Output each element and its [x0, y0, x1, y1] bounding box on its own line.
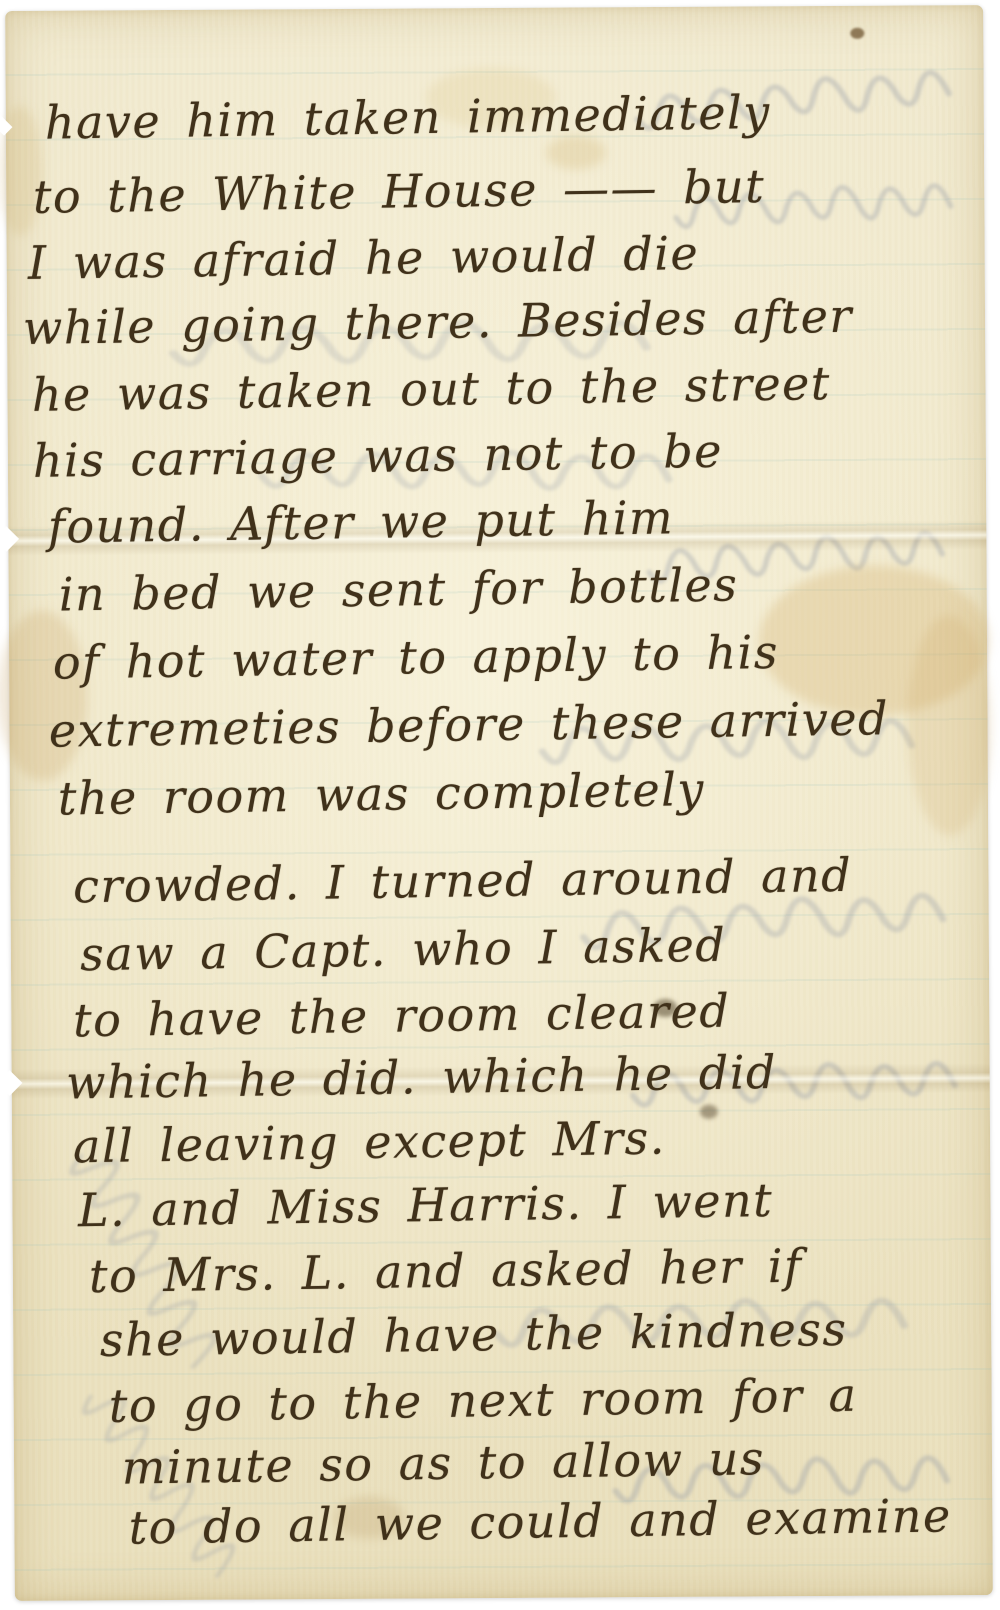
- handwriting-line: L. and Miss Harris. I went: [78, 1174, 774, 1236]
- handwriting-line: while going there. Besides after: [23, 290, 854, 354]
- handwriting-line: have him taken immediately: [44, 86, 771, 149]
- handwriting-line: his carriage was not to be: [32, 425, 723, 487]
- handwriting-line: found. After we put him: [47, 491, 674, 552]
- handwriting-line: to have the room cleared: [73, 985, 731, 1047]
- handwriting-line: he was taken out to the street: [32, 357, 832, 421]
- handwriting-line: the room was completely: [57, 763, 705, 825]
- handwriting-line: extremeties before these arrived: [48, 692, 889, 756]
- handwriting-line: to the White House —— but: [33, 160, 766, 223]
- handwriting-layer: have him taken immediately to the White …: [0, 1, 1000, 1605]
- handwriting-line: to do all we could and examine: [128, 1489, 952, 1553]
- handwriting-line: all leaving except Mrs.: [73, 1112, 666, 1173]
- handwriting-line: to Mrs. L. and asked her if: [89, 1240, 803, 1303]
- handwriting-line: minute so as to allow us: [121, 1432, 765, 1494]
- handwriting-line: she would have the kindness: [100, 1303, 848, 1366]
- handwriting-line: which he did. which he did: [66, 1046, 778, 1109]
- handwriting-line: saw a Capt. who I asked: [80, 919, 727, 981]
- letter-paper: have him taken immediately to the White …: [5, 5, 993, 1601]
- letter-scan: have him taken immediately to the White …: [0, 0, 1000, 1610]
- handwriting-line: crowded. I turned around and: [73, 849, 853, 913]
- handwriting-line: I was afraid he would die: [28, 227, 700, 289]
- handwriting-line: in bed we sent for bottles: [58, 558, 738, 620]
- handwriting-line: to go to the next room for a: [109, 1369, 858, 1432]
- handwriting-line: of hot water to apply to his: [52, 626, 779, 689]
